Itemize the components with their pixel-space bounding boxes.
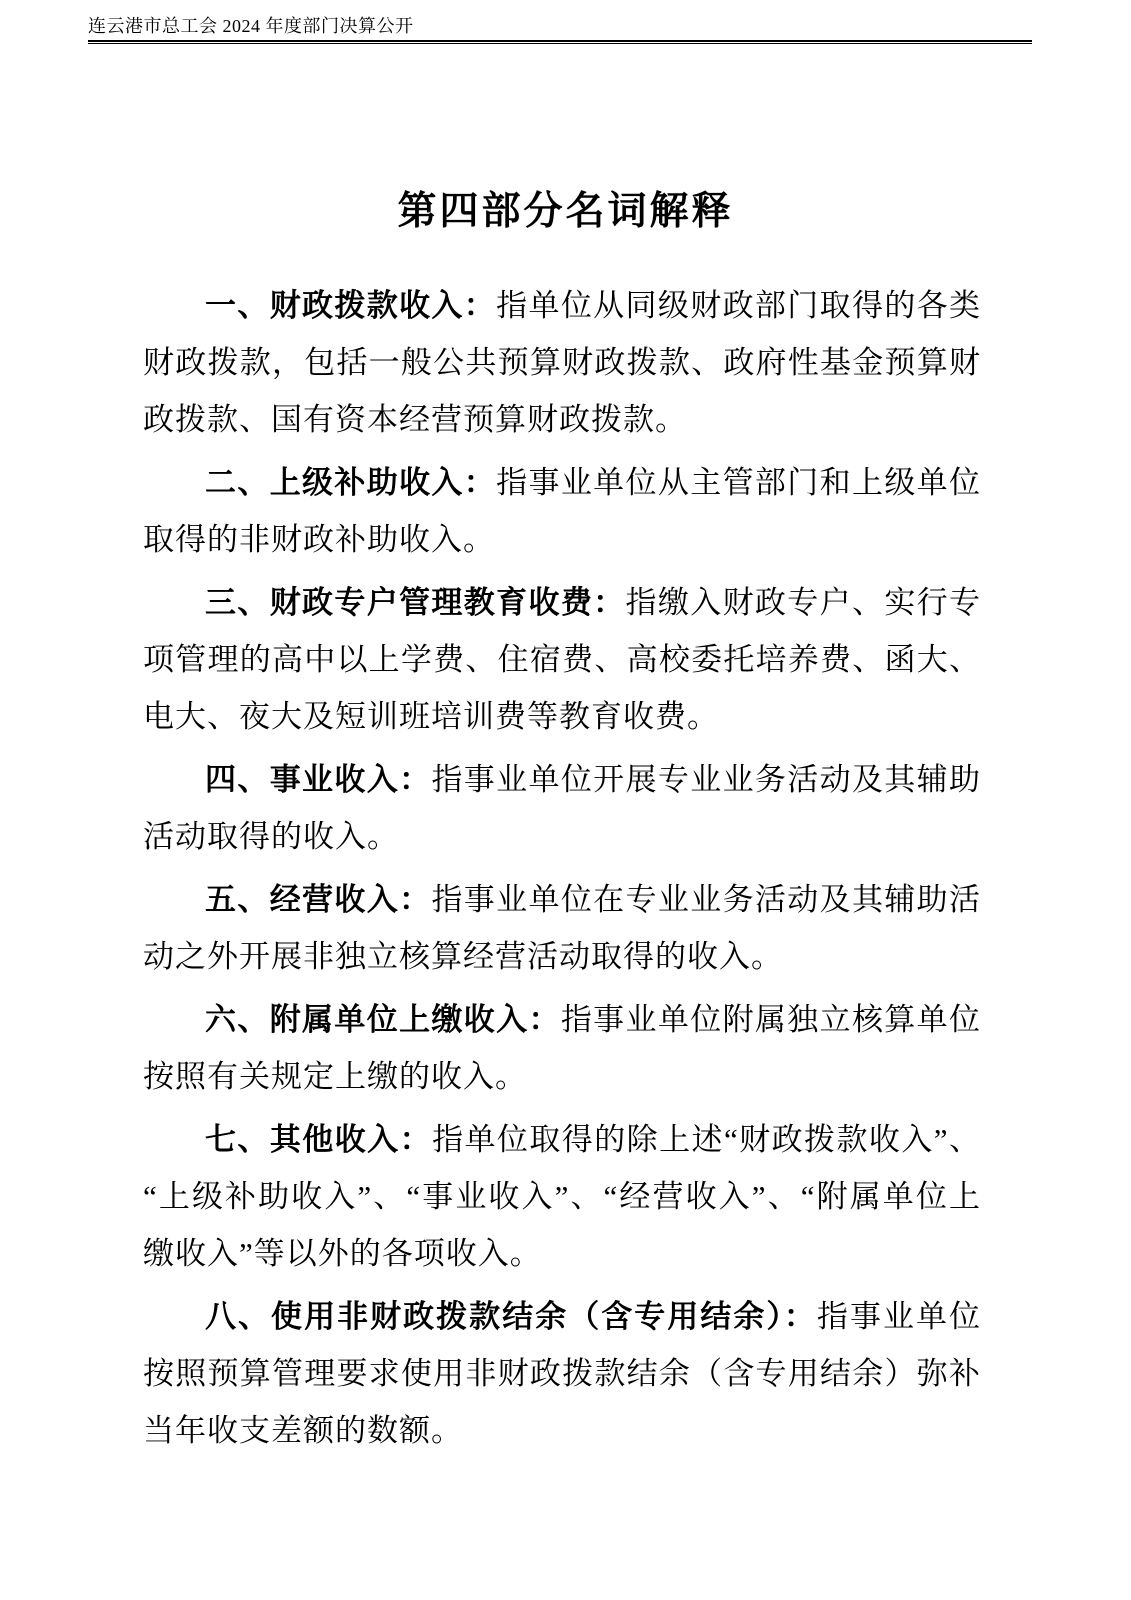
- term-label: 四、事业收入：: [205, 762, 431, 797]
- definition-paragraph: 六、附属单位上缴收入：指事业单位附属独立核算单位按照有关规定上缴的收入。: [143, 991, 981, 1105]
- document-body: 一、财政拨款收入：指单位从同级财政部门取得的各类财政拨款，包括一般公共预算财政拨…: [143, 277, 981, 1459]
- definition-paragraph: 四、事业收入：指事业单位开展专业业务活动及其辅助活动取得的收入。: [143, 751, 981, 865]
- term-label: 七、其他收入：: [205, 1122, 432, 1157]
- document-page: 连云港市总工会 2024 年度部门决算公开 第四部分名词解释 一、财政拨款收入：…: [0, 0, 1131, 1600]
- term-label: 一、财政拨款收入：: [205, 288, 496, 323]
- page-title: 第四部分名词解释: [0, 180, 1131, 236]
- definition-paragraph: 一、财政拨款收入：指单位从同级财政部门取得的各类财政拨款，包括一般公共预算财政拨…: [143, 277, 981, 448]
- definition-paragraph: 二、上级补助收入：指事业单位从主管部门和上级单位取得的非财政补助收入。: [143, 454, 981, 568]
- definition-paragraph: 七、其他收入：指单位取得的除上述“财政拨款收入”、“上级补助收入”、“事业收入”…: [143, 1111, 981, 1282]
- definition-paragraph: 三、财政专户管理教育收费：指缴入财政专户、实行专项管理的高中以上学费、住宿费、高…: [143, 574, 981, 745]
- header-rule: [88, 40, 1032, 44]
- term-label: 二、上级补助收入：: [205, 465, 496, 500]
- term-label: 六、附属单位上缴收入：: [205, 1002, 561, 1037]
- header-title: 连云港市总工会 2024 年度部门决算公开: [88, 14, 1032, 38]
- term-label: 五、经营收入：: [205, 882, 431, 917]
- term-label: 三、财政专户管理教育收费：: [205, 585, 626, 620]
- definition-paragraph: 八、使用非财政拨款结余（含专用结余）：指事业单位按照预算管理要求使用非财政拨款结…: [143, 1288, 981, 1459]
- page-header: 连云港市总工会 2024 年度部门决算公开: [88, 14, 1032, 44]
- term-label: 八、使用非财政拨款结余（含专用结余）：: [205, 1299, 817, 1334]
- definition-paragraph: 五、经营收入：指事业单位在专业业务活动及其辅助活动之外开展非独立核算经营活动取得…: [143, 871, 981, 985]
